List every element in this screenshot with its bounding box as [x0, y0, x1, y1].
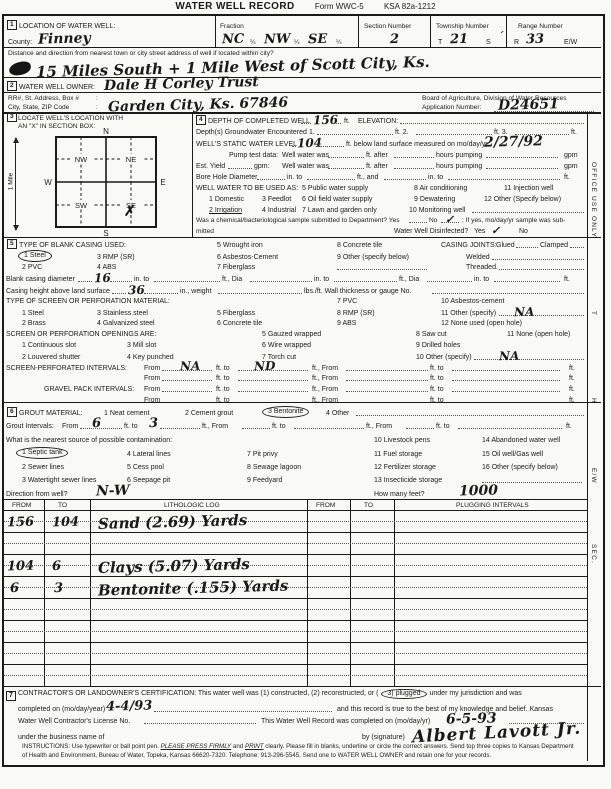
- pen-tick-mark: ´: [498, 31, 504, 42]
- instructions-paragraph: INSTRUCTIONS: Use typewriter or ball poi…: [22, 743, 578, 760]
- dotted-rule: [4, 675, 587, 676]
- ft-label: ft.: [569, 385, 575, 394]
- dotted-leader: [78, 281, 92, 282]
- dotted-leader: [472, 212, 584, 213]
- static-level-mid: ft. below land surface measured on mo/da…: [346, 140, 488, 149]
- ft-label: ft.: [566, 422, 572, 431]
- dotted-leader: [162, 391, 212, 392]
- dotted-rule: [4, 543, 587, 544]
- elevation-label: ELEVATION:: [358, 117, 398, 126]
- screen-interval-from-value: NA: [180, 360, 201, 373]
- table-header-from: FROM: [316, 501, 335, 510]
- instructions-emphasis: PRINT: [245, 743, 264, 750]
- well-completed-date-value: 4-4/93: [106, 699, 153, 713]
- use-label: WELL WATER TO BE USED AS:: [196, 184, 298, 193]
- dotted-leader: [160, 428, 200, 429]
- contamination-option: 7 Pit privy: [247, 450, 278, 459]
- range-value: 33: [526, 33, 544, 46]
- table-header-plugging-intervals: PLUGGING INTERVALS: [456, 501, 529, 510]
- grout-to-value: 3: [149, 417, 158, 430]
- ft-label: ft.: [564, 173, 570, 182]
- dotted-leader: [346, 391, 428, 392]
- section5-number: 5: [7, 239, 17, 249]
- dotted-leader: [452, 391, 560, 392]
- screen-option: 10 Asbestos-cement: [441, 297, 504, 306]
- office-use-ew-label: E/W: [590, 468, 597, 484]
- ft-to: ft. to: [430, 374, 444, 383]
- table-header-row: FROM TO LITHOLOGIC LOG FROM TO PLUGGING …: [4, 500, 601, 510]
- direction-label: Direction from well?: [6, 490, 67, 499]
- gpm-label: gpm: [564, 151, 578, 160]
- well-water-was: Well water was: [282, 162, 329, 171]
- mitted-label: mitted: [196, 227, 214, 236]
- table-header-from: FROM: [12, 501, 31, 510]
- dotted-leader: [144, 723, 256, 724]
- dotted-leader: [218, 293, 302, 294]
- casing-option: 5 Wrought iron: [217, 241, 263, 250]
- litho-from-value: 156: [7, 516, 34, 530]
- gravel-pack-row-2: From ft. to ft., From ft. to ft.: [4, 394, 601, 405]
- contamination-option: 10 Livestock pens: [374, 436, 430, 445]
- casing-option: 2 PVC: [22, 263, 42, 272]
- divider: [4, 620, 587, 621]
- sample-question-line: Was a chemical/bacteriological sample su…: [4, 214, 601, 225]
- in-to: in. to: [314, 275, 329, 284]
- instructions-text: INSTRUCTIONS: Use typewriter or ball poi…: [22, 743, 161, 750]
- clamped-label: Clamped: [540, 241, 568, 250]
- use-row-2: 1 Domestic 3 Feedlot 6 Oil field water s…: [4, 193, 601, 204]
- ft-to: ft. to: [124, 422, 138, 431]
- application-number-label: Application Number:: [422, 103, 481, 112]
- contamination-option: 13 Insecticide storage: [374, 476, 442, 485]
- ft-label: ft.: [569, 396, 575, 405]
- range-r-label: R: [514, 38, 519, 47]
- gpm-label: gpm: [564, 162, 578, 171]
- table-row: 104 6 Clays (5.07) Yards: [4, 555, 601, 576]
- grout-intervals-line: Grout Intervals: From 6 ft. to 3 ft., Fr…: [4, 418, 601, 431]
- form-title: WATER WELL RECORD: [175, 1, 294, 12]
- screen-option: 2 Brass: [22, 319, 46, 328]
- gw-2: ft. 2.: [395, 128, 409, 137]
- ft-after: ft. after: [366, 151, 388, 160]
- direction-line: Direction from well? N-W How many feet? …: [4, 485, 601, 499]
- contamination-option: 11 Fuel storage: [374, 450, 422, 459]
- ft-dia: ft., Dia: [399, 275, 419, 284]
- opening-option: 5 Gauzed wrapped: [262, 330, 321, 339]
- static-level-label: WELL'S STATIC WATER LEVEL: [196, 140, 297, 149]
- dotted-leader: [257, 179, 285, 180]
- office-use-t-label: T: [590, 311, 597, 316]
- dotted-leader: [494, 281, 560, 282]
- dotted-leader: [384, 179, 426, 180]
- screen-material-row-1: TYPE OF SCREEN OR PERFORATION MATERIAL: …: [4, 295, 601, 306]
- fraction-q1-value: NC: [222, 33, 245, 47]
- owner-value: Dale H Corley Trust: [104, 75, 259, 93]
- dotted-leader: [458, 428, 562, 429]
- fraction-q2-value: NW: [264, 33, 291, 47]
- groundwater-label: Depth(s) Groundwater Encountered: [196, 128, 307, 137]
- dotted-leader: [250, 281, 312, 282]
- range-ew-label: E/W: [564, 38, 577, 47]
- use-option: 9 Dewatering: [414, 195, 455, 204]
- litho-to-value: 6: [52, 560, 61, 573]
- contamination-option: 6 Seepage pit: [127, 476, 170, 485]
- section4-number: 4: [196, 115, 206, 125]
- screen-intervals-row-2: From ft. to ft., From ft. to ft.: [4, 372, 601, 383]
- ft-label: ft.: [571, 128, 577, 137]
- divider: [4, 664, 587, 665]
- dotted-leader: [337, 269, 427, 270]
- well-water-was: Well water was: [282, 151, 329, 160]
- dotted-leader: [238, 380, 308, 381]
- static-level-line: WELL'S STATIC WATER LEVEL 104 ft. below …: [4, 137, 601, 149]
- dotted-leader: [317, 134, 393, 135]
- sample-question: Was a chemical/bacteriological sample su…: [196, 216, 400, 225]
- dotted-leader: [238, 391, 308, 392]
- est-yield-line: Est. Yield gpm: Well water was ft. after…: [4, 160, 601, 171]
- threaded-label: Threaded.: [466, 263, 498, 272]
- sample-rest: ; If yes, mo/day/yr sample was sub-: [462, 216, 565, 225]
- ft-label: ft.: [344, 117, 350, 126]
- contamination-option: 3 Watertight sewer lines: [22, 476, 96, 485]
- screen-material-row-3: 2 Brass 4 Galvanized steel 6 Concrete ti…: [4, 317, 601, 328]
- hours-pumping: hours pumping: [436, 162, 482, 171]
- contamination-row-4: 3 Watertight sewer lines 6 Seepage pit 9…: [4, 472, 601, 485]
- divider: [587, 112, 588, 761]
- from-label: From: [144, 385, 160, 394]
- table-header-to: TO: [58, 501, 67, 510]
- contamination-option: 2 Sewer lines: [22, 463, 64, 472]
- depth-label: DEPTH OF COMPLETED WELL: [208, 117, 310, 126]
- measured-date-value: 2/27/92: [484, 134, 543, 150]
- certification-selected-plugged: 3) plugged: [381, 689, 426, 699]
- table-header-lithologic-log: LITHOLOGIC LOG: [164, 501, 220, 510]
- section-number-value: 2: [390, 33, 399, 46]
- ft-to: ft. to: [430, 385, 444, 394]
- distance-answer-line: 15 Miles South + 1 Mile West of Scott Ci…: [4, 58, 601, 77]
- no-label: No: [429, 216, 437, 225]
- contamination-option: 8 Sewage lagoon: [247, 463, 301, 472]
- license-number-label: Water Well Contractor's License No.: [18, 717, 130, 726]
- openings-label: SCREEN OR PERFORATION OPENINGS ARE:: [6, 330, 156, 339]
- certification-text-c: under my jurisdiction and was: [430, 690, 522, 697]
- dotted-leader: [144, 293, 178, 294]
- dotted-leader: [499, 269, 584, 270]
- static-level-value: 104: [297, 137, 322, 150]
- dotted-leader: [292, 146, 296, 147]
- gpm-colon: gpm:: [254, 162, 270, 171]
- contamination-row-1: What is the nearest source of possible c…: [4, 432, 601, 445]
- opening-option: 8 Saw cut: [416, 330, 447, 339]
- contamination-option: 4 Lateral lines: [127, 450, 171, 459]
- ft-from: ft., From: [312, 374, 338, 383]
- use-option: 12 Other (Specify below): [484, 195, 561, 204]
- certification-text-a: CONTRACTOR'S OR LANDOWNER'S CERTIFICATIO…: [18, 690, 378, 697]
- dotted-rule: [4, 609, 587, 610]
- contamination-option: 14 Abandoned water well: [482, 436, 560, 445]
- from-label: From: [144, 396, 160, 405]
- screen-option: 4 Galvanized steel: [97, 319, 155, 328]
- ft-after: ft. after: [366, 162, 388, 171]
- ft-to: ft. to: [436, 422, 450, 431]
- use-option: 3 Feedlot: [262, 195, 291, 204]
- contamination-option: 15 Oil well/Gas well: [482, 450, 543, 459]
- dotted-leader: [328, 157, 364, 158]
- litho-log-value: Bentonite (.155) Yards: [98, 579, 289, 599]
- use-option: 11 Injection well: [504, 184, 553, 193]
- fraction-q3-value: SE: [308, 33, 328, 47]
- section6-number: 6: [7, 407, 17, 417]
- dotted-rule: [4, 631, 587, 632]
- county-label: County:: [8, 38, 32, 47]
- casing-joints-label: CASING JOINTS:: [441, 241, 497, 250]
- dotted-leader: [154, 711, 332, 712]
- contamination-row-3: 2 Sewer lines 5 Cess pool 8 Sewage lagoo…: [4, 459, 601, 472]
- table-header-to: TO: [364, 501, 373, 510]
- section1-number: 1: [7, 20, 17, 30]
- dotted-leader: [409, 222, 427, 223]
- depth-value: 156: [313, 114, 338, 127]
- dotted-leader: [301, 123, 311, 124]
- city-label: City, State, ZIP Code: [8, 103, 69, 112]
- ft-to: ft. to: [272, 422, 286, 431]
- form-title-bar: WATER WELL RECORD Form WWC-5 KSA 82a-121…: [0, 1, 611, 12]
- pump-test-line: Pump test data: Well water was ft. after…: [4, 149, 601, 160]
- in-to: in. to: [287, 173, 302, 182]
- dotted-leader: [452, 380, 560, 381]
- instructions-emphasis: PLEASE PRESS FIRMLY: [161, 743, 232, 750]
- opening-option: 1 Continuous slot: [22, 341, 76, 350]
- grout-intervals-label: Grout Intervals:: [6, 422, 54, 431]
- quarter-glyph: ¼: [294, 38, 300, 47]
- table-row: 156 104 Sand (2.69) Yards: [4, 511, 601, 532]
- litho-from-value: 104: [7, 560, 34, 574]
- dotted-leader: [346, 370, 428, 371]
- dotted-leader: [294, 428, 364, 429]
- dotted-leader: [110, 281, 132, 282]
- opening-option: 9 Drilled holes: [416, 341, 460, 350]
- ft-from: ft., From: [366, 422, 392, 431]
- yes-label: Yes: [474, 227, 485, 236]
- ft-to: ft. to: [216, 396, 230, 405]
- record-completed-label: This Water Well Record was completed on …: [261, 717, 430, 726]
- casing-option: 8 Concrete tile: [337, 241, 382, 250]
- dotted-rule: [4, 653, 587, 654]
- dotted-leader: [416, 134, 492, 135]
- ink-blot: [8, 60, 32, 76]
- in-to: in. to: [428, 173, 443, 182]
- ft-from: ft., From: [202, 422, 228, 431]
- grout-option: 4 Other: [326, 409, 349, 418]
- office-use-h-label: H: [590, 398, 597, 404]
- dotted-leader: [499, 315, 584, 316]
- screen-option: 6 Concrete tile: [217, 319, 262, 328]
- litho-to-value: 104: [52, 516, 79, 530]
- office-use-sec-label: SEC.: [590, 544, 597, 564]
- casing-option: 7 Fiberglass: [217, 263, 255, 272]
- dotted-leader: [400, 123, 584, 124]
- no-check-mark: ✓: [445, 214, 455, 225]
- dotted-leader: [406, 428, 434, 429]
- screen-interval-to-value: ND: [254, 360, 276, 373]
- dotted-leader: [474, 359, 584, 360]
- address-label: RR#, St. Address, Box #: [8, 94, 79, 103]
- use-option: 5 Public water supply: [302, 184, 368, 193]
- dotted-leader: [162, 380, 212, 381]
- contamination-selected-septic-tank: 1 Septic tank: [16, 447, 68, 459]
- openings-row-1: SCREEN OR PERFORATION OPENINGS ARE: 5 Ga…: [4, 328, 601, 339]
- county-value: Finney: [38, 31, 91, 46]
- ft-from: ft., From: [312, 396, 338, 405]
- use-row-1: WELL WATER TO BE USED AS: 5 Public water…: [4, 182, 601, 193]
- dotted-leader: [394, 168, 434, 169]
- casing-diameter-line: Blank casing diameter 16 in. to ft., Dia…: [4, 272, 601, 284]
- section2-number: 2: [7, 81, 17, 91]
- dotted-leader: [486, 157, 558, 158]
- ft-label: ft.: [564, 275, 570, 284]
- certification-line-2: completed on (mo/day/year) 4-4/93 and th…: [4, 702, 601, 714]
- quarter-glyph: ¼: [336, 38, 342, 47]
- water-well-record-form: WATER WELL RECORD Form WWC-5 KSA 82a-121…: [0, 0, 611, 789]
- certification-line-1: 7 CONTRACTOR'S OR LANDOWNER'S CERTIFICAT…: [4, 689, 601, 702]
- depth-line: 4 DEPTH OF COMPLETED WELL 156 ft. ELEVAT…: [4, 115, 601, 126]
- contamination-row-2: 1 Septic tank 4 Lateral lines 7 Pit priv…: [4, 445, 601, 459]
- grout-from-value: 6: [92, 417, 101, 430]
- dotted-leader: [307, 179, 355, 180]
- divider: [4, 686, 601, 687]
- office-use-only-label: OFFICE USE ONLY: [590, 162, 597, 238]
- casing-diameter-label: Blank casing diameter: [6, 275, 75, 284]
- divider: [4, 532, 587, 533]
- header-row-values: County: Finney NC ¼ NW ¼ SE ¼ 2 T 21 S ´…: [4, 30, 601, 47]
- feet-label: How many feet?: [374, 490, 425, 499]
- dotted-leader: [112, 293, 126, 294]
- divider: [4, 402, 601, 403]
- screen-option: 12 None used (open hole): [441, 319, 522, 328]
- dotted-leader: [570, 247, 584, 248]
- opening-option: 11 None (open hole): [507, 330, 570, 339]
- certification-line-4: under the business name of by (signature…: [4, 726, 601, 742]
- litho-to-value: 3: [54, 582, 63, 595]
- dotted-leader: [334, 281, 397, 282]
- grout-option: 1 Neat cement: [104, 409, 150, 418]
- litho-from-value: 6: [10, 582, 19, 595]
- dotted-leader: [452, 370, 560, 371]
- feet-value: 1000: [459, 483, 498, 498]
- screen-option: 7 PVC: [337, 297, 357, 306]
- city-line: City, State, ZIP Code : Garden City, Ks.…: [4, 103, 601, 112]
- grout-option: 2 Cement grout: [185, 409, 233, 418]
- contamination-option: 9 Feedyard: [247, 476, 282, 485]
- ft-label: ft.: [569, 374, 575, 383]
- dotted-leader: [494, 111, 594, 112]
- ft-from: ft., From: [312, 385, 338, 394]
- township-t-label: T: [438, 38, 442, 47]
- gravel-pack-row-1: GRAVEL PACK INTERVALS: From ft. to ft., …: [4, 383, 601, 394]
- distance-label: Distance and direction from nearest town…: [8, 49, 274, 58]
- disinfected-label: Water Well Disinfected?: [394, 227, 468, 236]
- est-yield-label: Est. Yield: [196, 162, 225, 171]
- gravel-pack-label: GRAVEL PACK INTERVALS:: [44, 385, 134, 394]
- colon: :: [96, 103, 98, 112]
- colon: :: [96, 94, 98, 103]
- form-body: 1 LOCATION OF WATER WELL: Fraction Secti…: [2, 14, 605, 767]
- contamination-label: What is the nearest source of possible c…: [6, 436, 172, 445]
- from-label: From: [62, 422, 78, 431]
- contamination-option: 16 Other (specify below): [482, 463, 558, 472]
- opening-option: 3 Mill slot: [127, 341, 156, 350]
- casing-label: TYPE OF BLANK CASING USED:: [19, 241, 126, 250]
- use-option: 8 Air conditioning: [414, 184, 467, 193]
- bore-hole-line: Bore Hole Diameter in. to ft., and in. t…: [4, 171, 601, 182]
- grout-material-label: GROUT MATERIAL:: [19, 409, 83, 418]
- from-label: From: [144, 374, 160, 383]
- bore-hole-label: Bore Hole Diameter: [196, 173, 257, 182]
- section7-number: 7: [6, 691, 16, 701]
- quarter-glyph: ¼: [250, 38, 256, 47]
- ft-to: ft. to: [216, 374, 230, 383]
- dotted-leader: [242, 428, 270, 429]
- divider: [4, 598, 587, 599]
- hours-pumping: hours pumping: [436, 151, 482, 160]
- dotted-leader: [486, 168, 558, 169]
- casing-diameter-value: 16: [94, 272, 111, 284]
- ft-and: ft., and: [357, 173, 378, 182]
- dotted-leader: [331, 123, 341, 124]
- divider: [4, 642, 587, 643]
- litho-log-value: Sand (2.69) Yards: [98, 513, 248, 532]
- form-number: Form WWC-5: [315, 2, 364, 11]
- direction-value: N-W: [96, 484, 130, 499]
- grout-option-selected-bentonite: 3 Bentonite: [262, 406, 309, 418]
- business-name-label: under the business name of: [18, 733, 104, 742]
- dotted-leader: [346, 380, 428, 381]
- ft-to: ft. to: [430, 396, 444, 405]
- dotted-leader: [328, 168, 364, 169]
- dotted-leader: [516, 247, 538, 248]
- owner-line: 2 WATER WELL OWNER: Dale H Corley Trust: [4, 77, 601, 92]
- instructions-text: and: [231, 743, 245, 750]
- litho-log-value: Clays (5.07) Yards: [98, 557, 250, 576]
- contamination-option: 5 Cess pool: [127, 463, 164, 472]
- township-s-label: S: [486, 38, 491, 47]
- owner-label: WATER WELL OWNER:: [19, 83, 95, 92]
- ft-dia: ft., Dia: [222, 275, 242, 284]
- city-value: Garden City, Ks. 67846: [108, 96, 288, 115]
- dotted-leader: [448, 179, 560, 180]
- no-label: No: [519, 227, 528, 236]
- glued-label: Glued: [496, 241, 515, 250]
- screen-material-label: TYPE OF SCREEN OR PERFORATION MATERIAL:: [6, 297, 170, 306]
- dotted-leader: [154, 281, 220, 282]
- dotted-leader: [432, 293, 584, 294]
- dotted-leader: [228, 168, 252, 169]
- use-option: 1 Domestic: [209, 195, 244, 204]
- in-to: in. to: [474, 275, 489, 284]
- completed-on-label: completed on (mo/day/year): [18, 705, 105, 714]
- dotted-leader: [356, 415, 584, 416]
- table-row: 6 3 Bentonite (.155) Yards: [4, 577, 601, 598]
- dotted-leader: [427, 281, 472, 282]
- dotted-leader: [394, 157, 434, 158]
- casing-row-1: 5 TYPE OF BLANK CASING USED: 5 Wrought i…: [4, 239, 601, 250]
- opening-option: 6 Wire wrapped: [262, 341, 311, 350]
- dotted-leader: [492, 259, 584, 260]
- statute-reference: KSA 82a-1212: [384, 2, 436, 11]
- screen-option: 9 ABS: [337, 319, 356, 328]
- pump-test-label: Pump test data:: [229, 151, 278, 160]
- use-option: 6 Oil field water supply: [302, 195, 372, 204]
